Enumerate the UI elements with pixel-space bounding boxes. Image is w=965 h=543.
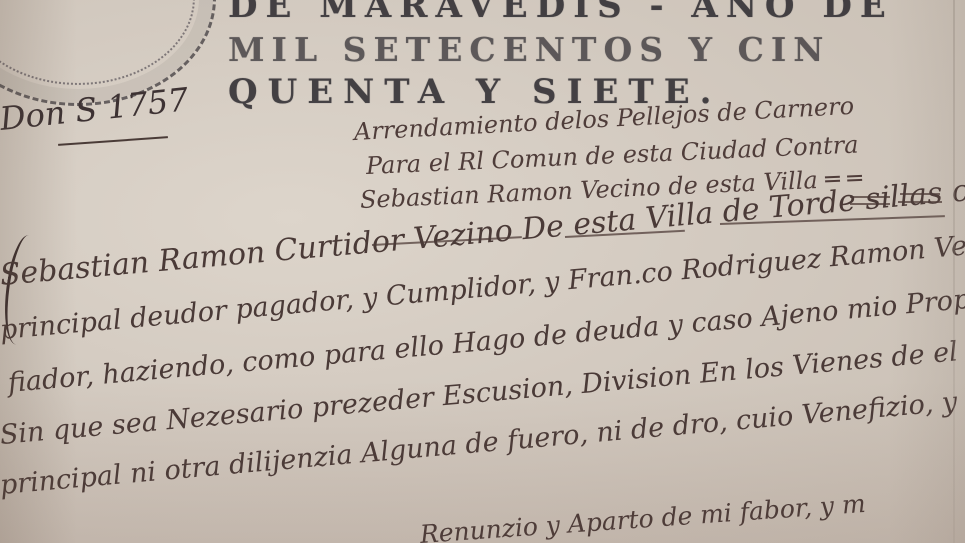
body-line-6: Renunzio y Aparto de mi fabor, y m — [419, 489, 867, 543]
page-fold — [953, 0, 955, 543]
stamp-line-2: MIL SETECENTOS Y CIN — [228, 30, 830, 69]
margin-note-underline — [58, 136, 168, 146]
seal-inner-ring — [0, 0, 195, 85]
manuscript-page: SNU HISPAN DE MARAVEDIS - AÑO DE MIL SET… — [0, 0, 965, 543]
stamp-line-1: DE MARAVEDIS - AÑO DE — [228, 0, 894, 26]
